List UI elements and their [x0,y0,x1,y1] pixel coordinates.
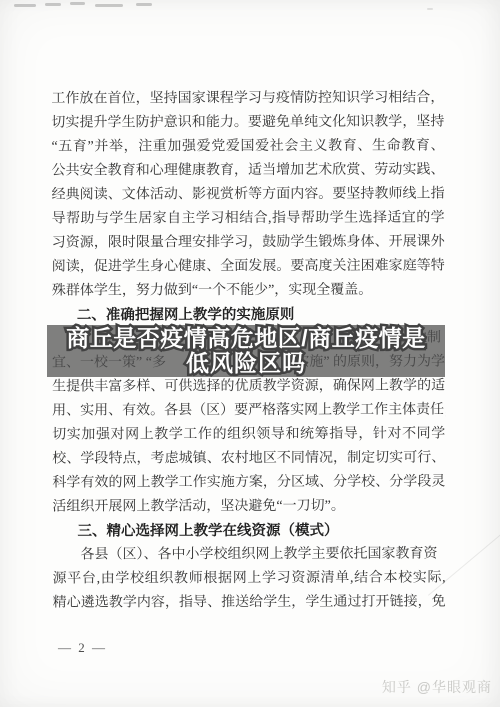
document-photo: 工作放在首位，坚持国家课程学习与疫情防控知识学习相结合， 切实提升学生防护意识和… [0,0,500,707]
section-heading-2: 二、准确把握网上教学的实施原则 [52,302,445,327]
scan-artifact [136,3,152,6]
caption-overlay-band: 商丘是否疫情高危地区/商丘疫情是 商丘是否疫情高危地区/商丘疫情是 低风险区吗 … [47,325,445,377]
text-line: 各县（区）、各中小学校组织网上教学主要依托国家教育资 [53,542,446,567]
text-line: 导帮助与学生居家自主学习相结合,指导帮助学生选择适宜的学 [52,206,445,231]
zhihu-watermark: 知乎 @华眼观商 [382,677,492,697]
text-line: 阅读，促进学生身心健康、全面发展。要高度关注困难家庭等特 [52,254,445,279]
caption-title-line1: 商丘是否疫情高危地区/商丘疫情是 商丘是否疫情高危地区/商丘疫情是 [47,326,445,351]
text-line: 生提供丰富多样、可供选择的优质教学资源，确保网上教学的适 [52,374,445,399]
text-line: 经典阅读、文体活动、影视赏析等方面内容。要坚持教师线上指 [52,182,445,207]
text-line: 公共安全教育和心理健康教育，适当增加艺术欣赏、劳动实践、 [51,158,444,183]
scan-artifact [427,8,433,10]
scan-artifact [45,3,61,6]
scan-artifact [95,4,123,7]
text-line: 切实提升学生防护意识和能力。要避免单纯文化知识教学，坚持 [51,110,444,135]
page-number: — 2 — [58,640,107,656]
text-line: 习资源，限时限量合理安排学习，鼓励学生锻炼身体、开展课外 [52,230,445,255]
caption-title-fill: 商丘是否疫情高危地区/商丘疫情是 [66,325,425,351]
text-line: 切实加强对网上教学工作的组织领导和统筹指导，针对不同学 [52,422,445,447]
text-line: 精心遴选教学内容，指导、推送给学生，学生通过打开链接，免 [53,590,446,615]
text-line: 科学有效的网上教学工作实施方案，分区域、分学校、分学段灵 [52,470,445,495]
text-line: 源平台,由学校组织教师根据网上学习资源清单,结合本校实际, [53,566,446,591]
text-line: “五育”并举，注重加强爱党爱国爱社会主义教育、生命教育、 [51,134,444,159]
text-line: 用、实用、有效。各县（区）要严格落实网上教学工作主体责任， [52,398,445,423]
scan-artifact [70,2,85,5]
text-line: 校、学段特点，考虑城镇、农村地区不同情况，制定切实可行、 [52,446,445,471]
section-heading-3: 三、精心选择网上教学在线资源（模式） [52,518,445,543]
text-line: 活组织开展网上教学活动，坚决避免“一刀切”。 [52,494,445,519]
caption-title-line2: 低风险区吗 低风险区吗 [47,351,445,377]
text-line: 殊群体学生，努力做到“一个不能少”，实现全覆盖。 [52,278,445,303]
caption-title-fill: 低风险区吗 [186,350,306,376]
text-line: 工作放在首位，坚持国家课程学习与疫情防控知识学习相结合， [51,86,444,111]
scan-artifact [14,4,36,7]
